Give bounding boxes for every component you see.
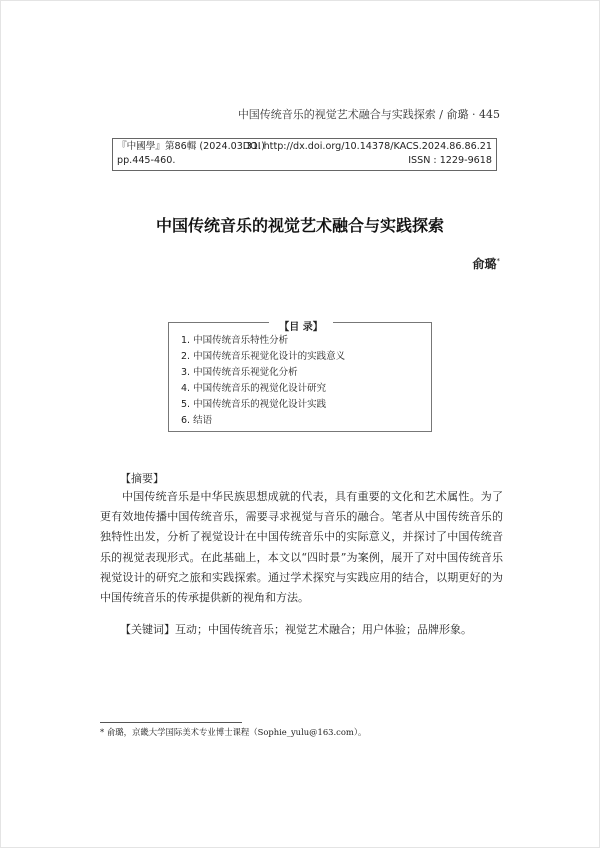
toc-item[interactable]: 4. 中国传统音乐的视觉化设计研究	[181, 381, 345, 397]
author-footnote: * 俞璐，京畿大学国际美术专业博士课程（Sophie_yulu@163.com）…	[100, 726, 366, 738]
running-header: 中国传统音乐的视觉艺术融合与实践探索 / 俞璐 · 445	[238, 106, 500, 122]
toc-item[interactable]: 1. 中国传统音乐特性分析	[181, 333, 345, 349]
doi-link[interactable]: DOI http://dx.doi.org/10.14378/KACS.2024…	[243, 140, 492, 154]
keywords: 【关键词】互动；中国传统音乐；视觉艺术融合；用户体验；品牌形象。	[120, 621, 472, 637]
toc-list: 1. 中国传统音乐特性分析 2. 中国传统音乐视觉化设计的实践意义 3. 中国传…	[181, 333, 345, 429]
toc-heading: 【目 录】	[269, 322, 332, 333]
author-footnote-mark: *	[497, 257, 501, 265]
abstract-body: 中国传统音乐是中华民族思想成就的代表，具有重要的文化和艺术属性。为了更有效地传播…	[100, 487, 503, 608]
toc-item[interactable]: 3. 中国传统音乐视觉化分析	[181, 365, 345, 381]
citation-box: 『中國學』第86輯 (2024.03.31.) DOI http://dx.do…	[112, 138, 497, 171]
author-name: 俞璐	[472, 257, 496, 271]
issn: ISSN : 1229-9618	[408, 154, 492, 168]
citation-row-2: pp.445-460. ISSN : 1229-9618	[117, 154, 492, 168]
article-title: 中国传统音乐的视觉艺术融合与实践探索	[0, 213, 600, 236]
footnote-divider	[100, 722, 242, 723]
toc-item[interactable]: 5. 中国传统音乐的视觉化设计实践	[181, 397, 345, 413]
page-range: pp.445-460.	[117, 154, 175, 168]
author: 俞璐*	[472, 255, 500, 272]
toc-item[interactable]: 2. 中国传统音乐视觉化设计的实践意义	[181, 349, 345, 365]
table-of-contents: 【目 录】 1. 中国传统音乐特性分析 2. 中国传统音乐视觉化设计的实践意义 …	[168, 322, 432, 432]
citation-row-1: 『中國學』第86輯 (2024.03.31.) DOI http://dx.do…	[117, 140, 492, 154]
toc-item[interactable]: 6. 结语	[181, 413, 345, 429]
toc-heading-wrap: 【目 录】	[169, 315, 433, 334]
abstract-label: 【摘要】	[120, 470, 164, 486]
